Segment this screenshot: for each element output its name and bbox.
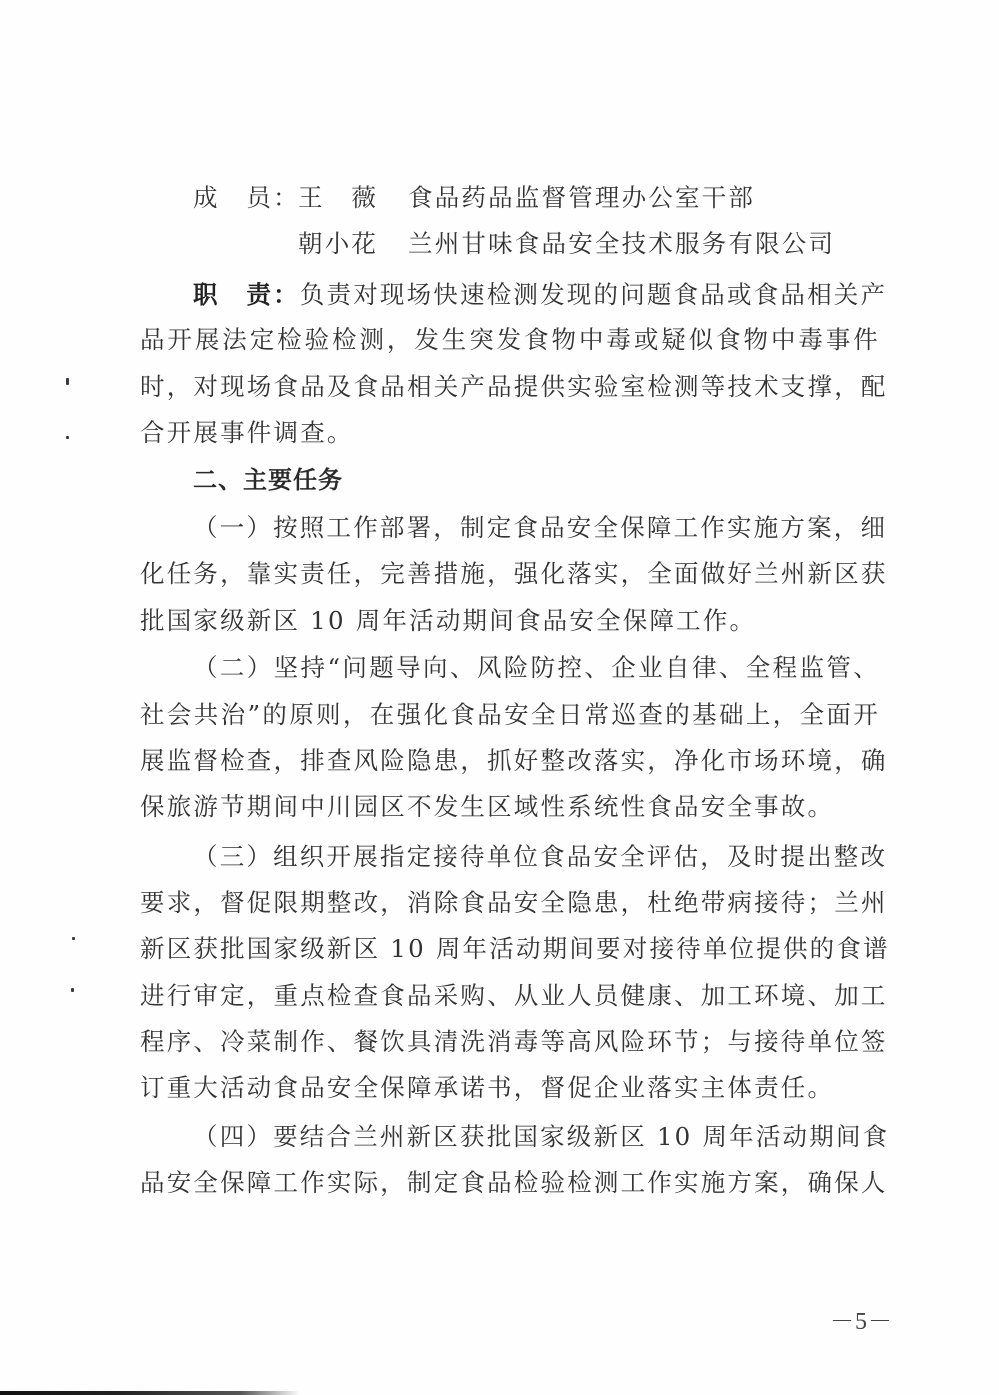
duties-line-3: 时，对现场食品及食品相关产品提供实验室检测等技术支撑，配 — [140, 372, 880, 402]
members-label: 成 员： — [193, 183, 300, 212]
page-number: －5－ — [830, 1307, 893, 1337]
task-2-line-2: 社会共治”的原则，在强化食品安全日常巡查的基础上，全面开 — [140, 700, 880, 730]
duties-line-4: 合开展事件调查。 — [140, 418, 880, 448]
member-name-2: 朝小花 — [298, 229, 378, 259]
task-3-line-2: 要求，督促限期整改，消除食品安全隐患，杜绝带病接待；兰州 — [140, 888, 880, 918]
member-org-1: 食品药品监督管理办公室干部 — [408, 183, 755, 213]
member-org-2: 兰州甘味食品安全技术服务有限公司 — [408, 229, 835, 259]
duties-line-1: 职 责：负责对现场快速检测发现的问题食品或食品相关产 — [193, 280, 880, 310]
member-name-1: 王 薇 — [298, 183, 378, 213]
task-1-line-3: 批国家级新区 10 周年活动期间食品安全保障工作。 — [140, 606, 880, 636]
task-4-line-1: （四）要结合兰州新区获批国家级新区 10 周年活动期间食 — [193, 1122, 880, 1152]
task-4-line-2: 品安全保障工作实际，制定食品检验检测工作实施方案，确保人 — [140, 1168, 880, 1198]
document-page: 成 员： 王 薇 食品药品监督管理办公室干部 朝小花 兰州甘味食品安全技术服务有… — [0, 0, 999, 1395]
section-heading: 二、主要任务 — [193, 465, 933, 495]
task-3-line-3: 新区获批国家级新区 10 周年活动期间要对接待单位提供的食谱 — [140, 934, 880, 964]
scan-mark — [71, 988, 74, 992]
duties-line-2: 品开展法定检验检测，发生突发食物中毒或疑似食物中毒事件 — [140, 325, 880, 355]
task-2-line-3: 展监督检查，排查风险隐患，抓好整改落实，净化市场环境，确 — [140, 746, 880, 776]
task-2-line-1: （二）坚持“问题导向、风险防控、企业自律、全程监管、 — [193, 653, 880, 683]
scan-mark — [66, 436, 69, 439]
scan-edge — [0, 1391, 300, 1395]
task-1-line-2: 化任务，靠实责任，完善措施，强化落实，全面做好兰州新区获 — [140, 559, 880, 589]
task-3-line-5: 程序、冷菜制作、餐饮具清洗消毒等高风险环节；与接待单位签 — [140, 1027, 880, 1057]
task-2-line-4: 保旅游节期间中川园区不发生区域性系统性食品安全事故。 — [140, 792, 880, 822]
scan-mark — [72, 937, 75, 940]
task-1-line-1: （一）按照工作部署，制定食品安全保障工作实施方案，细 — [193, 513, 880, 543]
members-row-1: 成 员： — [193, 183, 300, 213]
scan-mark — [66, 378, 69, 385]
duties-label: 职 责： — [193, 280, 300, 309]
task-3-line-6: 订重大活动食品安全保障承诺书，督促企业落实主体责任。 — [140, 1073, 880, 1103]
task-3-line-4: 进行审定，重点检查食品采购、从业人员健康、加工环境、加工 — [140, 981, 880, 1011]
task-3-line-1: （三）组织开展指定接待单位食品安全评估，及时提出整改 — [193, 842, 880, 872]
